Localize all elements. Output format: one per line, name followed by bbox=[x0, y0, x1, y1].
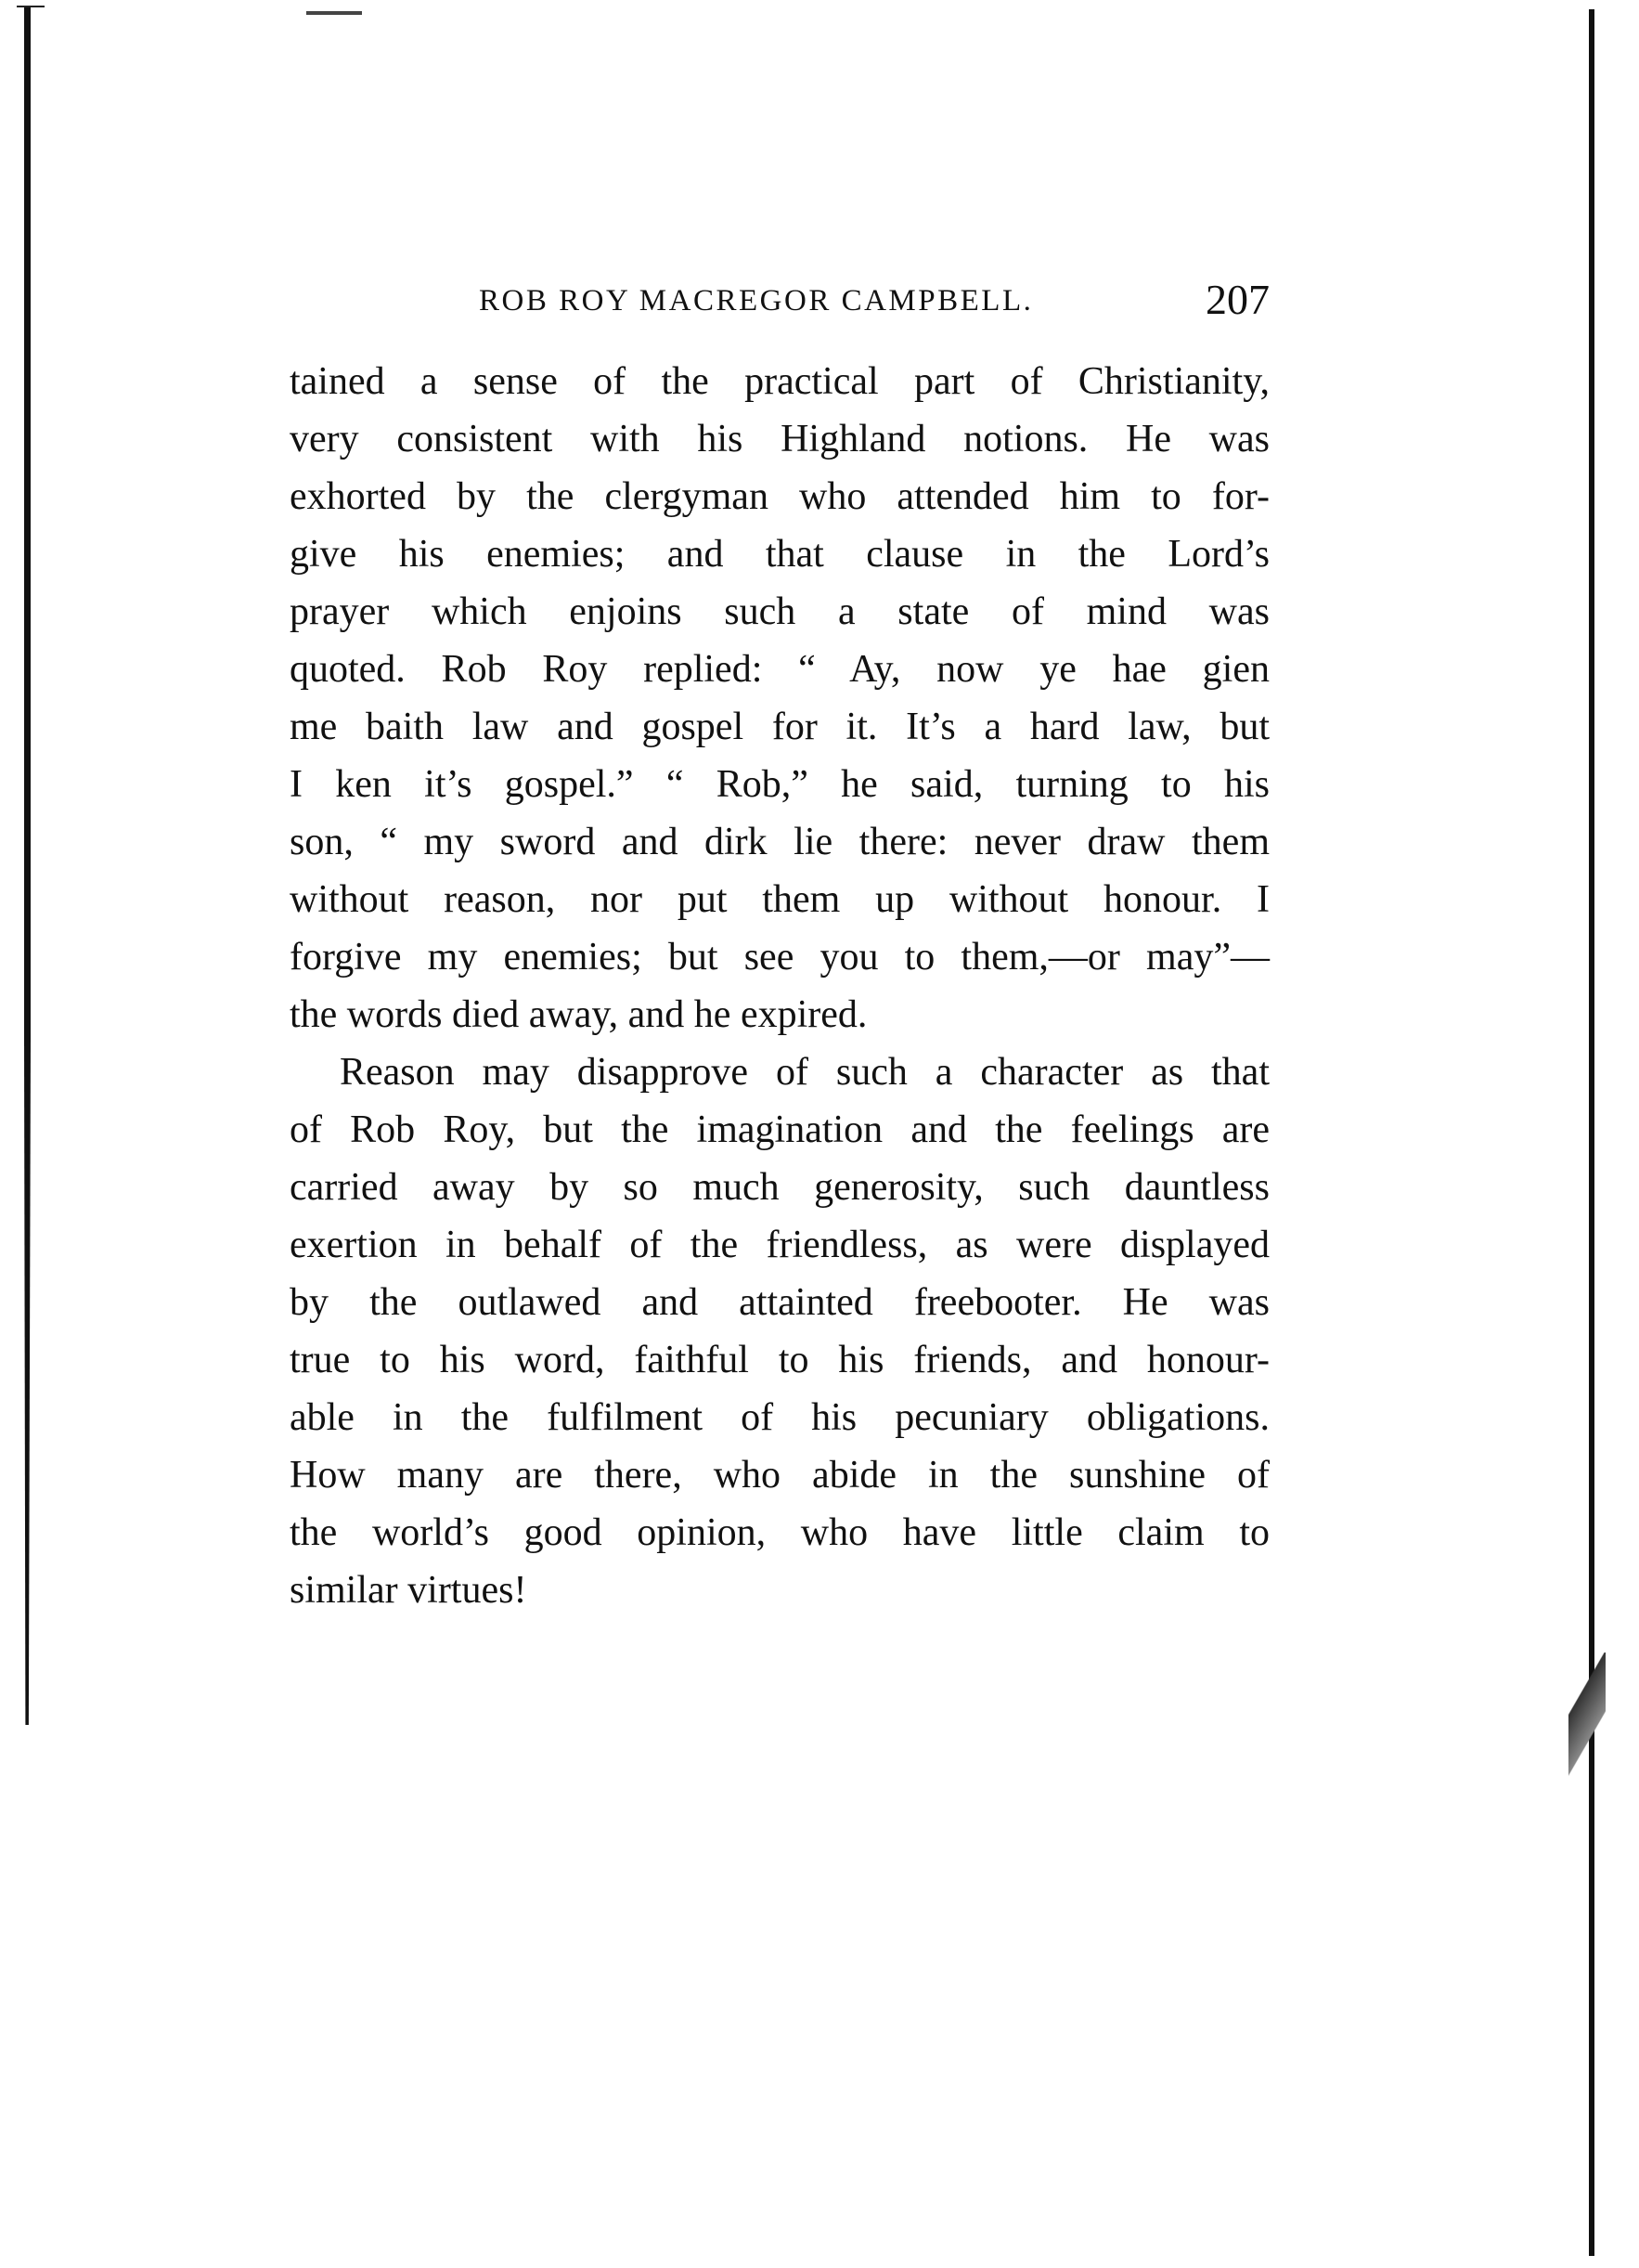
text-line: similar virtues! bbox=[290, 1562, 1270, 1619]
text-line: very consistent with his Highland notion… bbox=[290, 410, 1270, 468]
running-title: ROB ROY MACREGOR CAMPBELL. bbox=[479, 284, 1033, 318]
page-number: 207 bbox=[1206, 275, 1270, 324]
text-line: without reason, nor put them up without … bbox=[290, 871, 1270, 928]
text-line: exhorted by the clergyman who attended h… bbox=[290, 468, 1270, 525]
text-line: prayer which enjoins such a state of min… bbox=[290, 583, 1270, 641]
text-line: How many are there, who abide in the sun… bbox=[290, 1446, 1270, 1504]
text-line: the world’s good opinion, who have littl… bbox=[290, 1504, 1270, 1562]
paragraph-1: tained a sense of the practical part of … bbox=[290, 353, 1270, 1043]
text-line: carried away by so much generosity, such… bbox=[290, 1159, 1270, 1216]
text-line: I ken it’s gospel.” “ Rob,” he said, tur… bbox=[290, 756, 1270, 813]
text-line: tained a sense of the practical part of … bbox=[290, 353, 1270, 410]
text-line: quoted. Rob Roy replied: “ Ay, now ye ha… bbox=[290, 641, 1270, 698]
text-line: by the outlawed and attainted freebooter… bbox=[290, 1274, 1270, 1331]
text-line: true to his word, faithful to his friend… bbox=[290, 1331, 1270, 1389]
text-line: son, “ my sword and dirk lie there: neve… bbox=[290, 813, 1270, 871]
text-line: able in the fulfilment of his pecuniary … bbox=[290, 1389, 1270, 1446]
text-line: exertion in behalf of the friendless, as… bbox=[290, 1216, 1270, 1274]
paragraph-2: Reason may disapprove of such a characte… bbox=[290, 1043, 1270, 1619]
running-head: ROB ROY MACREGOR CAMPBELL. 207 bbox=[290, 275, 1270, 330]
text-line: give his enemies; and that clause in the… bbox=[290, 525, 1270, 583]
text-line: forgive my enemies; but see you to them,… bbox=[290, 928, 1270, 986]
right-page-edge bbox=[1589, 9, 1594, 2256]
left-binding-edge bbox=[24, 7, 31, 1725]
text-line: the words died away, and he expired. bbox=[290, 986, 1270, 1043]
text-line: me baith law and gospel for it. It’s a h… bbox=[290, 698, 1270, 756]
text-line: of Rob Roy, but the imagination and the … bbox=[290, 1101, 1270, 1159]
page-edge-mark bbox=[17, 6, 45, 7]
body-text: tained a sense of the practical part of … bbox=[290, 353, 1270, 1619]
right-edge-tear bbox=[1568, 1652, 1606, 1792]
text-line: Reason may disapprove of such a characte… bbox=[290, 1043, 1270, 1101]
top-smudge bbox=[306, 11, 362, 15]
